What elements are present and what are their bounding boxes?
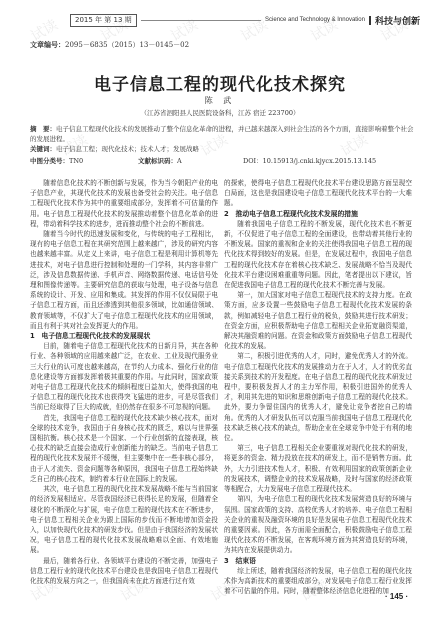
paragraph: 第一，加大国家对电子信息工程现代技术的支持力度。在政策方面，应多设置一些鼓励电子…	[224, 290, 412, 351]
paragraph: 随着我国电子信息工程的不断发展，现代化技术也不断更新，不仅促进了电子信息工程的全…	[224, 219, 412, 290]
paragraph: 第四，为电子信息工程的现代化技术发展营造良好的环境与氛围。国家政策的支持、高校优…	[224, 494, 412, 555]
header-rule	[141, 20, 261, 21]
body-column-left: 随着信息化技术的不断创新与发展，作为当今朝阳产业的电子信息产业，其现代化技术的发…	[30, 178, 218, 586]
section-heading: 3 结束语	[224, 556, 412, 566]
paragraph: 随着当今时代的迅速发展和变化，与传统的电子工程相比，现有的电子信息工程在其研究范…	[30, 229, 218, 331]
paragraph: 其次，电子信息工程的现代化技术发展战略不能与当前国家的经济发展相适应。尽管我国经…	[30, 484, 218, 555]
clc-number: 中图分类号：TN0	[30, 156, 138, 166]
running-header: 2015 年 第 13 期 Science and Technology & I…	[70, 13, 420, 27]
keywords-text: 电子信息工程；现代化技术；技术人才；发展战略	[56, 145, 199, 153]
paragraph: 最后，随着各行业、各领域平台建设的不断完善，加强电子信息工程行业的现代化技术平台…	[30, 556, 218, 587]
doi-value: 10.15913/j.cnki.kjycx.2015.13.145	[263, 157, 377, 165]
abstract-label: 摘 要：	[30, 125, 56, 133]
article-number-value: 2095－6835（2015）13－0145－02	[65, 41, 189, 49]
keywords: 关键词：电子信息工程；现代化技术；技术人才；发展战略	[30, 144, 418, 154]
paper-metadata: 摘 要：电子信息工程现代化技术的发展推动了整个信息化革命的进程，并已越来越深入到…	[30, 124, 418, 166]
keywords-label: 关键词：	[30, 145, 56, 153]
author: 陈 武	[0, 95, 440, 106]
abstract-text: 电子信息工程现代化技术的发展推动了整个信息化革命的进程，并已越来越深入到社会生活…	[30, 125, 414, 143]
doi-label: DOI：	[243, 157, 263, 165]
clc-value: TN0	[69, 157, 83, 165]
abstract: 摘 要：电子信息工程现代化技术的发展推动了整个信息化革命的进程，并已越来越深入到…	[30, 124, 418, 144]
doi: DOI：10.15913/j.cnki.kjycx.2015.13.145	[243, 156, 376, 166]
article-number: 文章编号：2095－6835（2015）13－0145－02	[30, 40, 189, 50]
journal-name-cn: 科技与创新	[375, 14, 420, 27]
article-number-label: 文章编号：	[30, 41, 65, 49]
page-number: · 145 ·	[385, 592, 408, 601]
classification-row: 中图分类号：TN0 文献标识码：A DOI：10.15913/j.cnki.kj…	[30, 156, 418, 166]
affiliation: （江苏省泗阳县人民医院设备科，江苏 宿迁 223700）	[0, 108, 440, 117]
journal-name-en: Science and Technology & Innovation	[265, 17, 365, 23]
paragraph: 第三，电子信息工程相关企业要重视对现代化技术的研发，将更多的资金、精力投放在技术…	[224, 443, 412, 494]
body-column-right: 的探索，使得电子信息工程现代化技术平台建设思路方面呈现空白局面，这也是我国建设电…	[224, 178, 412, 596]
issue-label: 2015 年 第 13 期	[70, 14, 137, 27]
paragraph: 目前，随着电子信息工程现代化技术的日新月异，其在各种行业、各种领域的应用越来越广…	[30, 341, 218, 412]
paper-title: 电子信息工程的现代化技术探究	[0, 70, 440, 95]
paragraph: 综上所述，随着我国经济的发展，电子信息工程的现代化技术作为高新技术的重要组成部分…	[224, 566, 412, 597]
paragraph: 随着信息化技术的不断创新与发展，作为当今朝阳产业的电子信息产业，其现代化技术的发…	[30, 178, 218, 229]
section-heading: 1 电子信息工程现代化技术的发展现状	[30, 331, 218, 341]
document-code: 文献标识码：A	[138, 156, 243, 166]
doc-code-value: A	[177, 157, 182, 165]
paragraph: 首先，我国电子信息工程的现代化技术缺少核心技术，面对全球的技术竞争，我国由于自身…	[30, 413, 218, 484]
clc-label: 中图分类号：	[30, 157, 69, 165]
doc-code-label: 文献标识码：	[138, 157, 177, 165]
section-heading: 2 推动电子信息工程现代化技术发展的措施	[224, 209, 412, 219]
header-separator	[369, 16, 371, 25]
paragraph: 的探索，使得电子信息工程现代化技术平台建设思路方面呈现空白局面，这也是我国建设电…	[224, 178, 412, 209]
paragraph: 第二，积极引进优秀的人才，同时，避免优秀人才的外流。电子信息工程现代化技术的发展…	[224, 351, 412, 443]
